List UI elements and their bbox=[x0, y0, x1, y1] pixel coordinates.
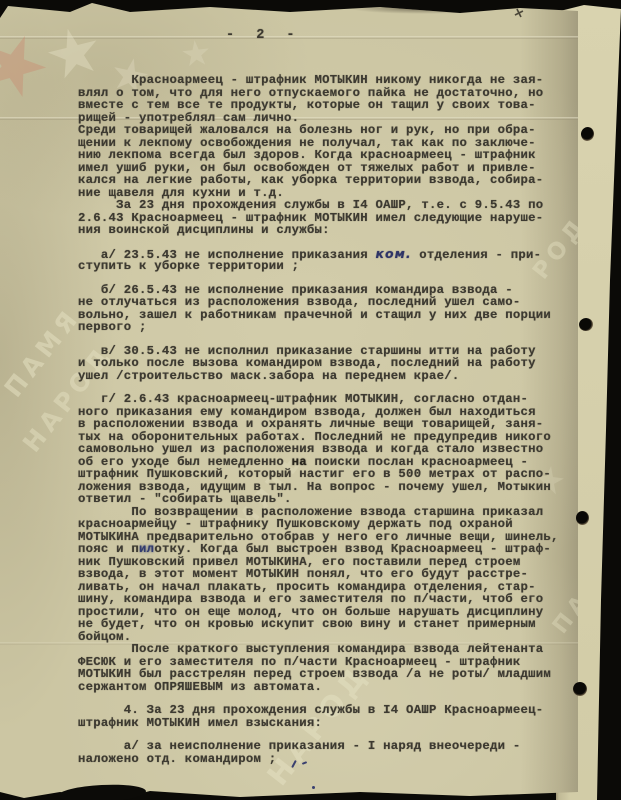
handwritten-note: ком. bbox=[376, 246, 412, 261]
text-line: ушел /строительство маск.забора на перед… bbox=[78, 370, 564, 383]
scanned-document-page: { "page": { "number": "- 2 -" }, "colors… bbox=[0, 0, 621, 800]
ink-mark bbox=[312, 786, 315, 789]
text-line: ния воинской дисциплины и службы: bbox=[78, 224, 564, 237]
text-line: не будет, что он кровью искупит свою вин… bbox=[78, 618, 564, 631]
ink-smudge bbox=[348, 2, 498, 14]
paragraph: б/ 26.5.43 не исполнение приказания кома… bbox=[78, 284, 564, 334]
paragraph: г/ 2.6.43 красноармеец-штрафник МОТЫКИН,… bbox=[78, 393, 564, 693]
paragraph: Красноармеец - штрафник МОТЫКИН никому н… bbox=[78, 74, 564, 237]
text-line: первого ; bbox=[78, 321, 564, 334]
paragraph: а/ 23.5.43 не исполнение приказания ком.… bbox=[78, 248, 564, 273]
paragraph: в/ 30.5.43 не исполнил приказание старши… bbox=[78, 345, 564, 383]
text-line: штрафник МОТЫКИН имел взыскания: bbox=[78, 717, 564, 730]
watermark-text: ПАМЯ bbox=[0, 302, 86, 402]
watermark-star-icon bbox=[181, 39, 212, 70]
paragraph: 4. За 23 дня прохождения службы в I4 ОАШ… bbox=[78, 704, 564, 729]
text-body: Красноармеец - штрафник МОТЫКИН никому н… bbox=[78, 74, 564, 765]
text-line: наложено отд. командиром ; bbox=[78, 753, 564, 766]
punch-hole bbox=[576, 511, 589, 525]
text-line: сержантом ОПРЯШЕВЫМ из автомата. bbox=[78, 681, 564, 694]
document-page-paper: × ПАМЯ НАРОД ПАМЯТЬ НАРОД РОДА ПАМ - 2 -… bbox=[0, 0, 578, 800]
text-line: вольно, зашел к работникам прачечной и с… bbox=[78, 309, 564, 322]
paragraph: а/ за неисполнение приказания - I наряд … bbox=[78, 740, 564, 765]
watermark-star-icon bbox=[0, 25, 55, 107]
pen-scribble: × bbox=[512, 5, 526, 24]
page-number: - 2 - bbox=[226, 28, 302, 43]
